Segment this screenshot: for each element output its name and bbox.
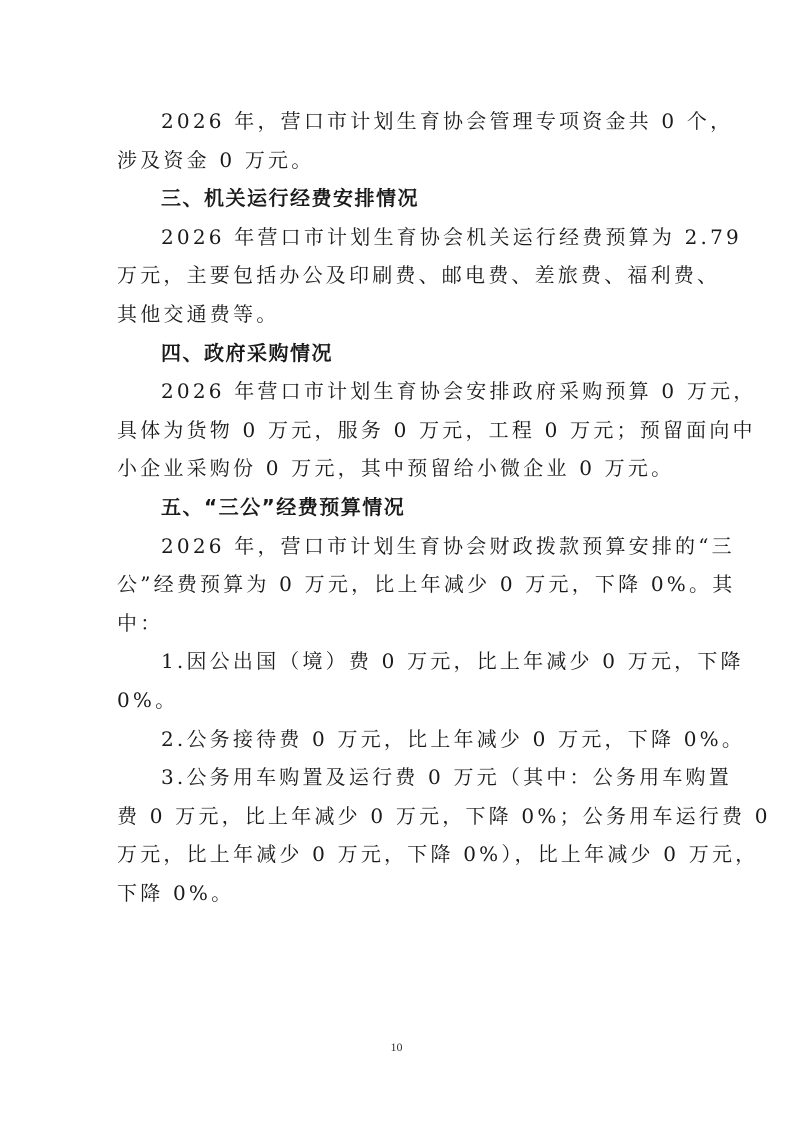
list-item-line: 0%。 [117,681,675,720]
section-heading-5: 五、“三公”经费预算情况 [117,488,675,527]
list-item-line: 万元，比上年减少 0 万元，下降 0%），比上年减少 0 万元， [117,835,675,874]
list-item-line: 费 0 万元，比上年减少 0 万元，下降 0%；公务用车运行费 0 [117,797,675,836]
section-heading-4: 四、政府采购情况 [117,334,675,373]
paragraph-line: 中： [117,604,675,643]
paragraph-line: 2026 年营口市计划生育协会安排政府采购预算 0 万元， [117,372,675,411]
paragraph-line: 小企业采购份 0 万元，其中预留给小微企业 0 万元。 [117,449,675,488]
section-heading-3: 三、机关运行经费安排情况 [117,179,675,218]
paragraph-line: 2026 年，营口市计划生育协会管理专项资金共 0 个， [117,102,675,141]
paragraph-line: 万元，主要包括办公及印刷费、邮电费、差旅费、福利费、 [117,256,675,295]
paragraph-line: 具体为货物 0 万元，服务 0 万元，工程 0 万元；预留面向中 [117,411,675,450]
list-item-line: 下降 0%。 [117,874,675,913]
paragraph-line: 涉及资金 0 万元。 [117,141,675,180]
list-item-line: 2.公务接待费 0 万元，比上年减少 0 万元，下降 0%。 [117,720,675,759]
paragraph-line: 2026 年营口市计划生育协会机关运行经费预算为 2.79 [117,218,675,257]
paragraph-line: 其他交通费等。 [117,295,675,334]
list-item-line: 3.公务用车购置及运行费 0 万元（其中：公务用车购置 [117,758,675,797]
list-item-line: 1.因公出国（境）费 0 万元，比上年减少 0 万元，下降 [117,642,675,681]
page-number: 10 [0,1040,793,1055]
document-body: 2026 年，营口市计划生育协会管理专项资金共 0 个， 涉及资金 0 万元。 … [117,102,675,912]
paragraph-line: 2026 年，营口市计划生育协会财政拨款预算安排的“三 [117,527,675,566]
paragraph-line: 公”经费预算为 0 万元，比上年减少 0 万元，下降 0%。其 [117,565,675,604]
